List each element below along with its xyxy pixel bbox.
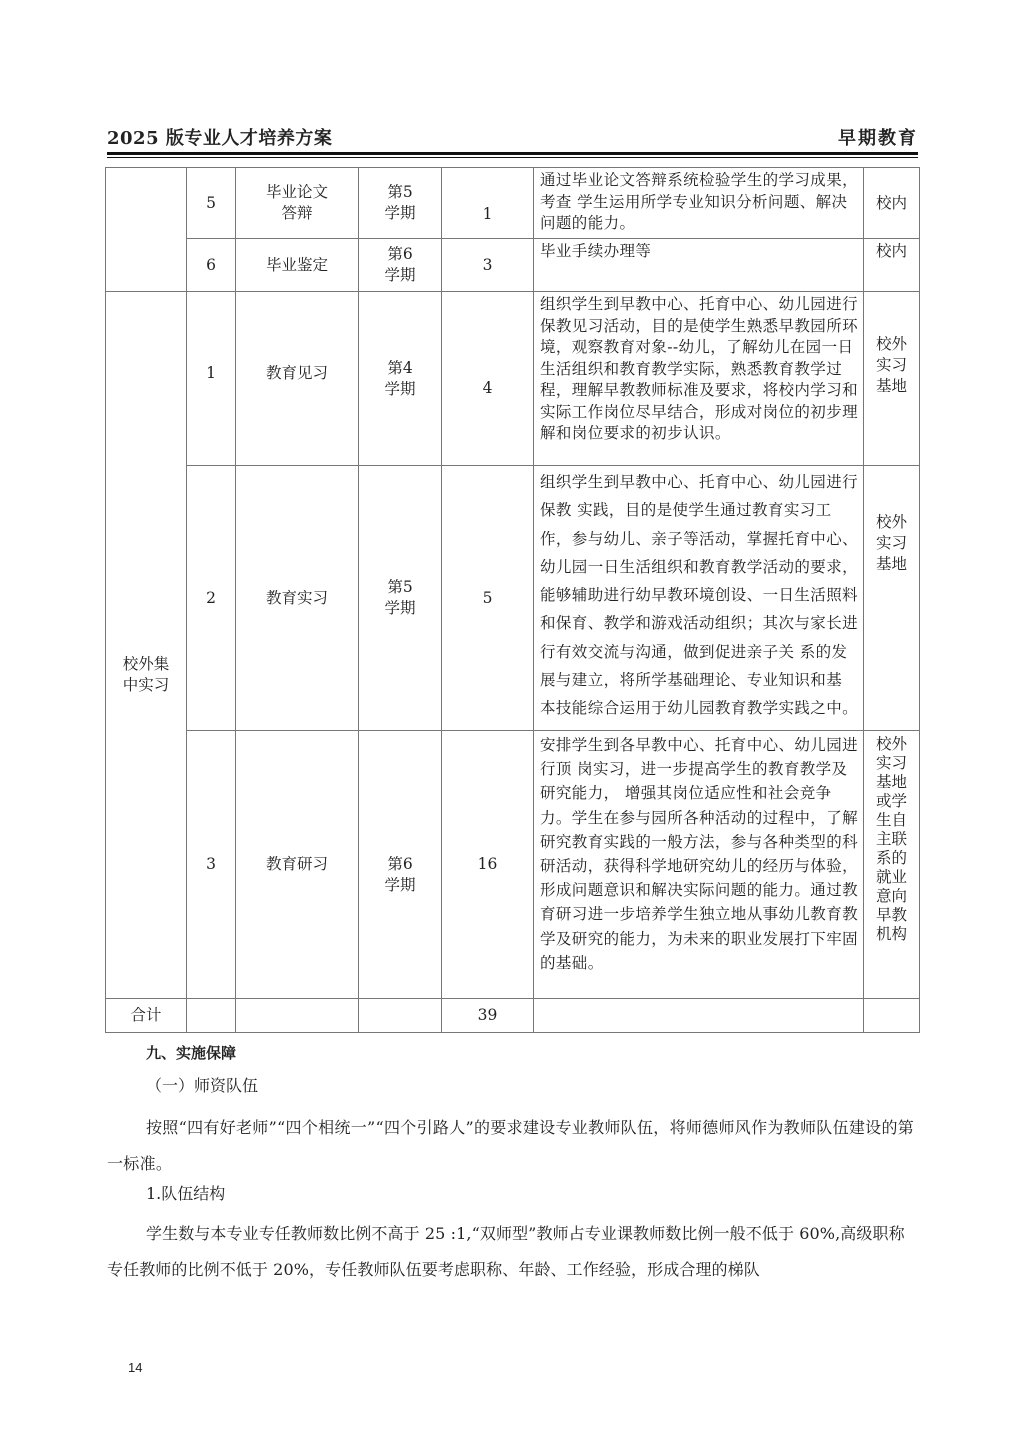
term: 第5 学期 bbox=[359, 466, 442, 731]
weeks: 3 bbox=[442, 239, 534, 292]
term: 第6 学期 bbox=[359, 239, 442, 292]
header-rule-thin bbox=[107, 157, 918, 158]
total-label: 合计 bbox=[106, 999, 187, 1033]
document-title: 2025 版专业人才培养方案 bbox=[107, 124, 332, 150]
row-number: 1 bbox=[187, 292, 236, 466]
weeks: 16 bbox=[442, 731, 534, 999]
content: 安排学生到各早教中心、托育中心、幼儿园进行顶 岗实习，进一步提高学生的教育教学及… bbox=[534, 731, 864, 999]
item-heading: 1.队伍结构 bbox=[146, 1183, 957, 1205]
group-label: 校外集 中实习 bbox=[106, 292, 187, 999]
row-number: 2 bbox=[187, 466, 236, 731]
location: 校内 bbox=[864, 168, 920, 239]
item-name: 毕业论文 答辩 bbox=[236, 168, 359, 239]
empty-cell bbox=[864, 999, 920, 1033]
subsection-heading: （一）师资队伍 bbox=[146, 1075, 957, 1097]
empty-cell bbox=[236, 999, 359, 1033]
weeks: 1 bbox=[442, 168, 534, 239]
location: 校外 实习 基地 或学 生自 主联 系的 就业 意向 早教 机构 bbox=[864, 731, 920, 999]
section-heading: 九、实施保障 bbox=[146, 1042, 957, 1064]
term: 第5 学期 bbox=[359, 168, 442, 239]
page-header: 2025 版专业人才培养方案 早期教育 bbox=[107, 124, 918, 150]
content: 组织学生到早教中心、托育中心、幼儿园进行保教 实践，目的是使学生通过教育实习工作… bbox=[534, 466, 864, 731]
practice-schedule-table: 5 毕业论文 答辩 第5 学期 1 通过毕业论文答辩系统检验学生的学习成果，考查… bbox=[105, 167, 920, 1033]
item-name: 教育见习 bbox=[236, 292, 359, 466]
location: 校外 实习 基地 bbox=[864, 466, 920, 731]
empty-cell bbox=[187, 999, 236, 1033]
table-row: 校外集 中实习 1 教育见习 第4 学期 4 组织学生到早教中心、托育中心、幼儿… bbox=[106, 292, 920, 466]
paragraph: 学生数与本专业专任教师数比例不高于 25 :1,“双师型”教师占专业课教师数比例… bbox=[107, 1216, 918, 1288]
empty-cell bbox=[359, 999, 442, 1033]
content: 组织学生到早教中心、托育中心、幼儿园进行保教见习活动，目的是使学生熟悉早教园所环… bbox=[534, 292, 864, 466]
weeks: 4 bbox=[442, 292, 534, 466]
location: 校外 实习 基地 bbox=[864, 292, 920, 466]
term: 第6 学期 bbox=[359, 731, 442, 999]
table-row: 3 教育研习 第6 学期 16 安排学生到各早教中心、托育中心、幼儿园进行顶 岗… bbox=[106, 731, 920, 999]
row-number: 5 bbox=[187, 168, 236, 239]
table-row: 2 教育实习 第5 学期 5 组织学生到早教中心、托育中心、幼儿园进行保教 实践… bbox=[106, 466, 920, 731]
content: 毕业手续办理等 bbox=[534, 239, 864, 292]
weeks: 5 bbox=[442, 466, 534, 731]
header-rule-thick bbox=[107, 152, 918, 155]
row-number: 6 bbox=[187, 239, 236, 292]
empty-cell bbox=[534, 999, 864, 1033]
item-name: 教育实习 bbox=[236, 466, 359, 731]
term: 第4 学期 bbox=[359, 292, 442, 466]
row-number: 3 bbox=[187, 731, 236, 999]
table-row: 5 毕业论文 答辩 第5 学期 1 通过毕业论文答辩系统检验学生的学习成果，考查… bbox=[106, 168, 920, 239]
paragraph: 按照“四有好老师”“四个相统一”“四个引路人”的要求建设专业教师队伍，将师德师风… bbox=[107, 1110, 918, 1182]
location: 校内 bbox=[864, 239, 920, 292]
table-row: 6 毕业鉴定 第6 学期 3 毕业手续办理等 校内 bbox=[106, 239, 920, 292]
table-total-row: 合计 39 bbox=[106, 999, 920, 1033]
item-name: 教育研习 bbox=[236, 731, 359, 999]
item-name: 毕业鉴定 bbox=[236, 239, 359, 292]
page-number: 14 bbox=[128, 1360, 142, 1375]
program-name: 早期教育 bbox=[838, 124, 918, 150]
content: 通过毕业论文答辩系统检验学生的学习成果，考查 学生运用所学专业知识分析问题、解决… bbox=[534, 168, 864, 239]
group-cell-empty bbox=[106, 168, 187, 292]
total-weeks: 39 bbox=[442, 999, 534, 1033]
